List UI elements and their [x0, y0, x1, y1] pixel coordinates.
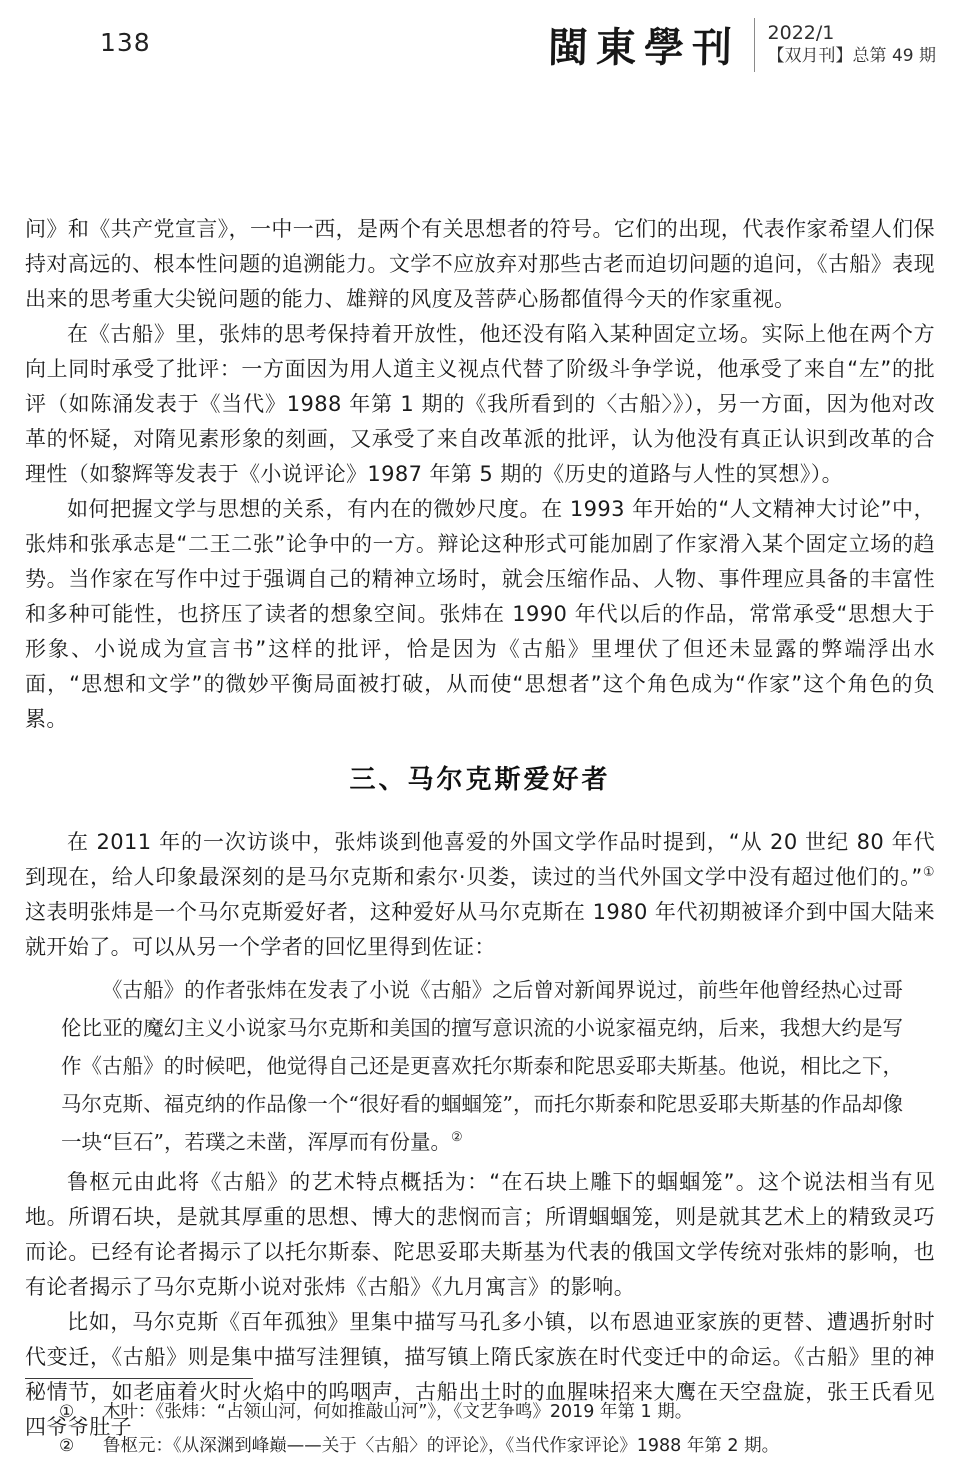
text-run: 这表明张炜是一个马尔克斯爱好者，这种爱好从马尔克斯在 1980 年代初期被译介到… — [25, 900, 935, 959]
article-body: 问》和《共产党宣言》，一中一西，是两个有关思想者的符号。它们的出现，代表作家希望… — [25, 212, 935, 1445]
paragraph: 在 2011 年的一次访谈中，张炜谈到他喜爱的外国文学作品时提到，“从 20 世… — [25, 825, 935, 965]
footnote-ref-①: ① — [923, 865, 935, 880]
footnote-text: 鲁枢元：《从深渊到峰巅——关于〈古船〉的评论》，《当代作家评论》1988 年第 … — [103, 1429, 779, 1463]
journal-page: 138 閩東學刊 2022/1 【双月刊】总第 49 期 问》和《共产党宣言》，… — [0, 0, 958, 1476]
paragraph: 鲁枢元由此将《古船》的艺术特点概括为：“在石块上雕下的蝈蝈笼”。这个说法相当有见… — [25, 1165, 935, 1305]
text-run: 《古船》的作者张炜在发表了小说《古船》之后曾对新闻界说过，前些年他曾经热心过哥伦… — [61, 978, 903, 1154]
text-run: 在《古船》里，张炜的思考保持着开放性，他还没有陷入某种固定立场。实际上他在两个方… — [25, 322, 935, 486]
text-run: 在 2011 年的一次访谈中，张炜谈到他喜爱的外国文学作品时提到，“从 20 世… — [25, 830, 935, 889]
footnote-list: ①木叶：《张炜：“占领山河，何如推敲山河”》，《文艺争鸣》2019 年第 1 期… — [25, 1395, 935, 1463]
page-number: 138 — [100, 28, 151, 57]
footnote-ref-②: ② — [451, 1130, 463, 1145]
section-heading: 三、马尔克斯爱好者 — [25, 763, 935, 797]
journal-title: 閩東學刊 — [547, 15, 754, 73]
paragraph: 在《古船》里，张炜的思考保持着开放性，他还没有陷入某种固定立场。实际上他在两个方… — [25, 317, 935, 492]
issue-detail: 【双月刊】总第 49 期 — [768, 45, 936, 68]
page-header: 138 閩東學刊 2022/1 【双月刊】总第 49 期 — [0, 0, 958, 96]
issue-info: 2022/1 【双月刊】总第 49 期 — [755, 21, 936, 68]
text-run: 如何把握文学与思想的关系，有内在的微妙尺度。在 1993 年开始的“人文精神大讨… — [25, 497, 935, 731]
text-run: 鲁枢元由此将《古船》的艺术特点概括为：“在石块上雕下的蝈蝈笼”。这个说法相当有见… — [25, 1170, 935, 1299]
issue-number: 2022/1 — [768, 21, 936, 45]
footnote-item: ②鲁枢元：《从深渊到峰巅——关于〈古船〉的评论》，《当代作家评论》1988 年第… — [25, 1429, 935, 1463]
block-quote: 《古船》的作者张炜在发表了小说《古船》之后曾对新闻界说过，前些年他曾经热心过哥伦… — [61, 971, 903, 1161]
paragraph: 问》和《共产党宣言》，一中一西，是两个有关思想者的符号。它们的出现，代表作家希望… — [25, 212, 935, 317]
footnote-text: 木叶：《张炜：“占领山河，何如推敲山河”》，《文艺争鸣》2019 年第 1 期。 — [103, 1395, 692, 1429]
masthead: 閩東學刊 2022/1 【双月刊】总第 49 期 — [548, 16, 936, 73]
footnote-marker: ② — [59, 1429, 103, 1463]
paragraph: 如何把握文学与思想的关系，有内在的微妙尺度。在 1993 年开始的“人文精神大讨… — [25, 492, 935, 737]
footnote-item: ①木叶：《张炜：“占领山河，何如推敲山河”》，《文艺争鸣》2019 年第 1 期… — [25, 1395, 935, 1429]
footnote-separator — [25, 1378, 253, 1379]
footnote-area: ①木叶：《张炜：“占领山河，何如推敲山河”》，《文艺争鸣》2019 年第 1 期… — [25, 1378, 935, 1463]
footnote-marker: ① — [59, 1395, 103, 1429]
text-run: 问》和《共产党宣言》，一中一西，是两个有关思想者的符号。它们的出现，代表作家希望… — [25, 217, 935, 311]
